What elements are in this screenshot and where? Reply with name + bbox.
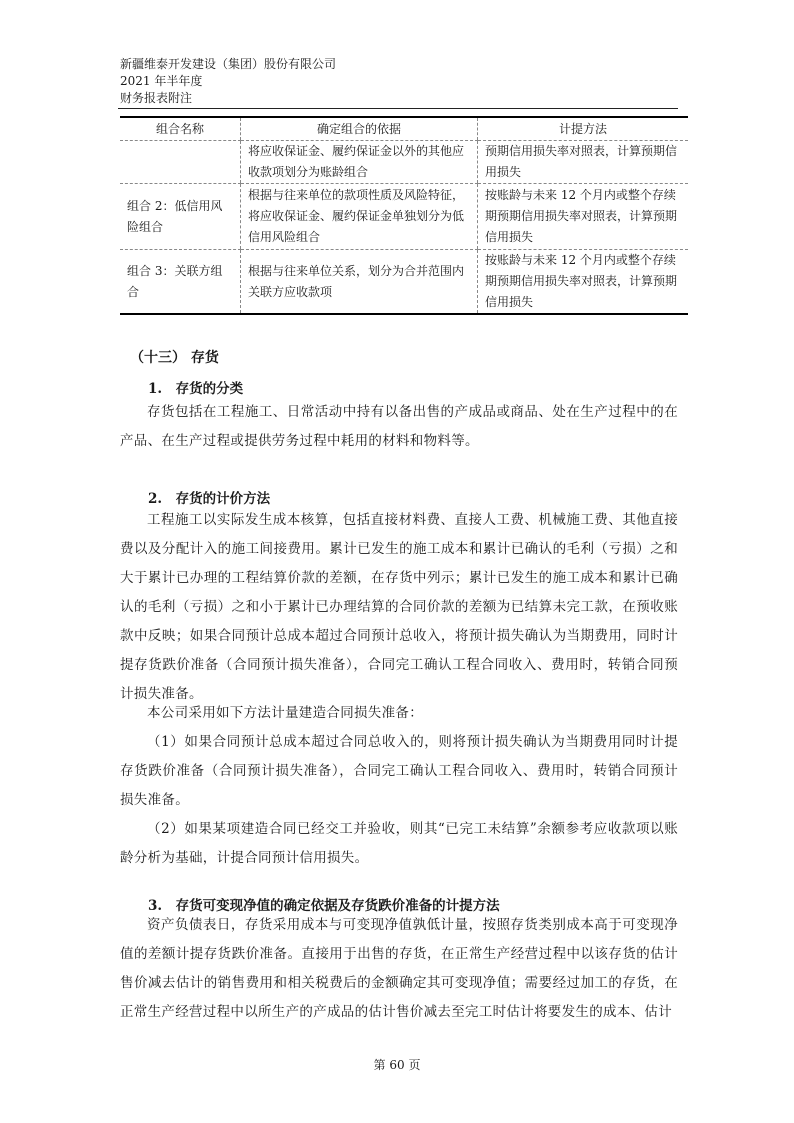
table-cell: 将应收保证金、履约保证金以外的其他应收款项划分为账龄组合 (241, 141, 478, 184)
page-header: 新疆维泰开发建设（集团）股份有限公司 2021 年半年度 财务报表附注 (120, 56, 336, 107)
subsection-title: 2. 存货的计价方法 (148, 487, 270, 507)
page-number: 第 60 页 (0, 1056, 794, 1073)
document-type: 财务报表附注 (120, 90, 336, 107)
table-header-row: 组合名称 确定组合的依据 计提方法 (120, 117, 688, 141)
table-row: 将应收保证金、履约保证金以外的其他应收款项划分为账龄组合 预期信用损失率对照表，… (120, 141, 688, 184)
table-cell: 预期信用损失率对照表，计算预期信用损失 (478, 141, 689, 184)
paragraph: 本公司采用如下方法计量建造合同损失准备： (120, 699, 678, 728)
column-header: 计提方法 (478, 117, 689, 141)
paragraph: （2）如果某项建造合同已经交工并验收，则其“已完工未结算”余额参考应收款项以账龄… (120, 815, 678, 873)
section-title: （十三） 存货 (130, 347, 219, 367)
table-cell: 根据与往来单位的款项性质及风险特征，将应收保证金、履约保证金单独划分为低信用风险… (241, 184, 478, 250)
table-cell (120, 141, 241, 184)
table-cell: 组合 3：关联方组合 (120, 250, 241, 315)
table-cell: 根据与往来单位关系，划分为合并范围内关联方应收款项 (241, 250, 478, 315)
column-header: 组合名称 (120, 117, 241, 141)
column-header: 确定组合的依据 (241, 117, 478, 141)
company-name: 新疆维泰开发建设（集团）股份有限公司 (120, 56, 336, 73)
paragraph: 工程施工以实际发生成本核算，包括直接材料费、直接人工费、机械施工费、其他直接费以… (120, 506, 678, 709)
report-period: 2021 年半年度 (120, 73, 336, 90)
table-cell: 按账龄与未来 12 个月内或整个存续期预期信用损失率对照表，计算预期信用损失 (478, 184, 689, 250)
paragraph: （1）如果合同预计总成本超过合同总收入的，则将预计损失确认为当期费用同时计提存货… (120, 728, 678, 815)
table-cell: 按账龄与未来 12 个月内或整个存续期预期信用损失率对照表，计算预期信用损失 (478, 250, 689, 315)
table-row: 组合 2：低信用风险组合 根据与往来单位的款项性质及风险特征，将应收保证金、履约… (120, 184, 688, 250)
paragraph: 资产负债表日，存货采用成本与可变现净值孰低计量，按照存货类别成本高于可变现净值的… (120, 911, 678, 1027)
paragraph: 存货包括在工程施工、日常活动中持有以备出售的产成品或商品、处在生产过程中的在产品… (120, 392, 678, 456)
table-row: 组合 3：关联方组合 根据与往来单位关系，划分为合并范围内关联方应收款项 按账龄… (120, 250, 688, 315)
table-cell: 组合 2：低信用风险组合 (120, 184, 241, 250)
portfolio-table: 组合名称 确定组合的依据 计提方法 将应收保证金、履约保证金以外的其他应收款项划… (120, 116, 688, 315)
header-divider (118, 108, 678, 109)
